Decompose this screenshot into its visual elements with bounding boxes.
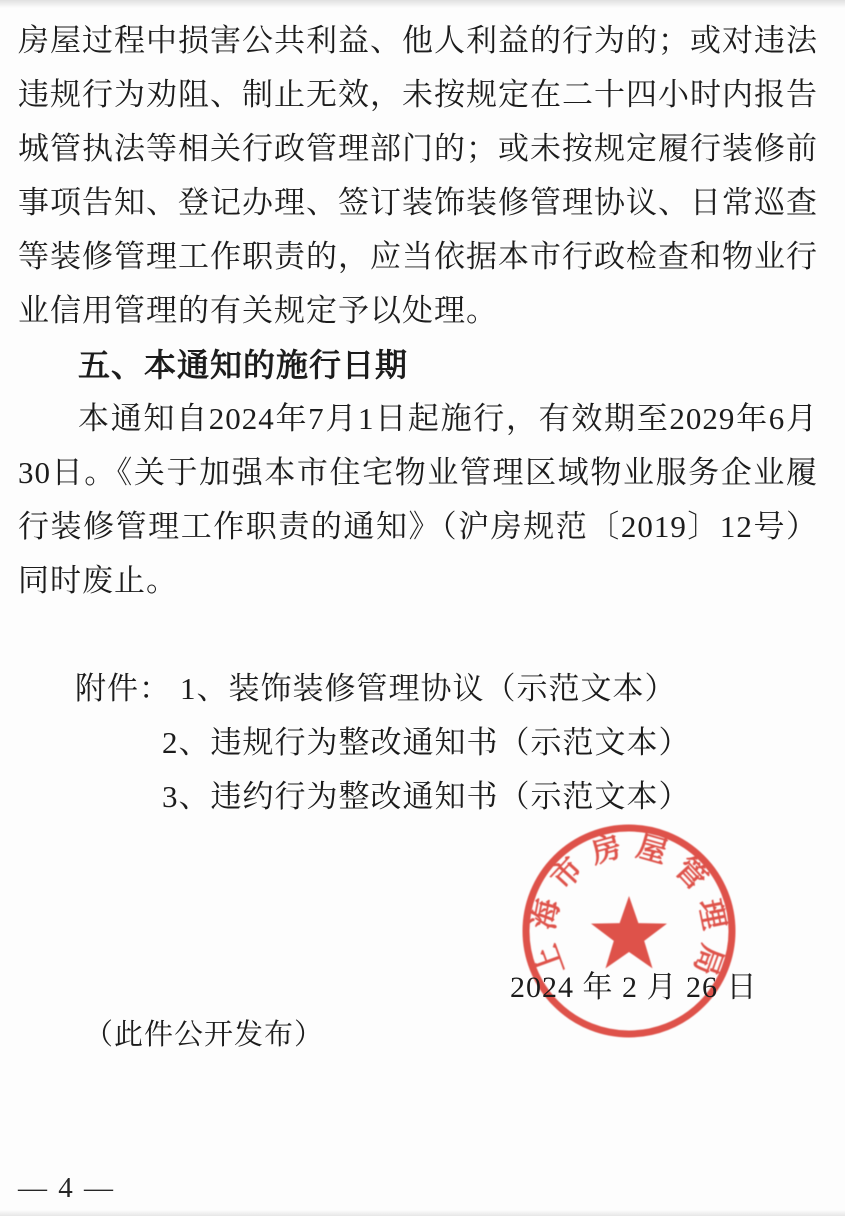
scan-edge-top (0, 0, 845, 8)
attachments-label: 附件： (18, 662, 180, 716)
seal-star-icon (591, 896, 667, 968)
attachment-item-1: 1、装饰装修管理协议（示范文本） (180, 671, 677, 706)
attachments-block: 附件：1、装饰装修管理协议（示范文本） 2、违规行为整改通知书（示范文本） 3、… (18, 662, 818, 824)
attachment-item-2: 2、违规行为整改通知书（示范文本） (18, 716, 818, 770)
seal-char: 屋 (633, 830, 671, 870)
page-number: — 4 — (18, 1172, 115, 1205)
issue-date: 2024 年 2 月 26 日 (510, 962, 758, 1006)
paragraph-effective-period: 本通知自2024年7月1日起施行，有效期至2029年6月30日。《关于加强本市住… (18, 392, 818, 608)
seal-char: 理 (692, 896, 730, 932)
attachment-row-1: 附件：1、装饰装修管理协议（示范文本） (18, 662, 818, 716)
scan-edge-bottom (0, 1210, 845, 1216)
seal-char: 海 (528, 896, 566, 932)
official-seal: 上 海 市 房 屋 管 理 局 (513, 815, 745, 1047)
section-heading-implementation-date: 五、本通知的施行日期 (18, 338, 818, 392)
public-release-note: （此件公开发布） (84, 1012, 324, 1053)
document-page: 房屋过程中损害公共利益、他人利益的行为的；或对违法违规行为劝阻、制止无效，未按规… (0, 0, 845, 1216)
paragraph-penalty-provisions: 房屋过程中损害公共利益、他人利益的行为的；或对违法违规行为劝阻、制止无效，未按规… (18, 14, 818, 338)
document-body: 房屋过程中损害公共利益、他人利益的行为的；或对违法违规行为劝阻、制止无效，未按规… (18, 14, 818, 824)
